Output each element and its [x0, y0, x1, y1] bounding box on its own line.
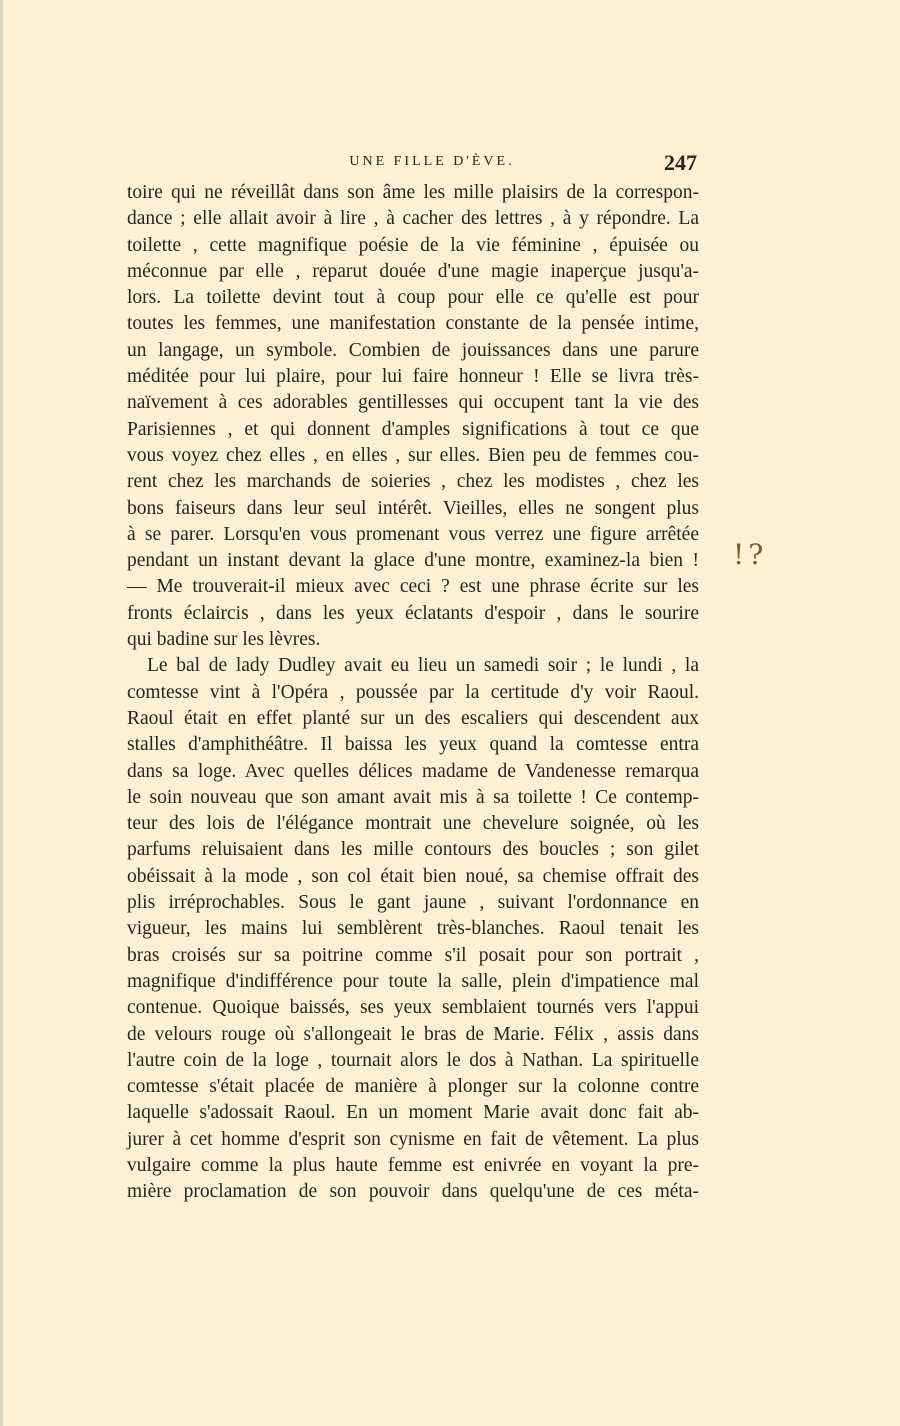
- text-line: à se parer. Lorsqu'en vous promenant vou…: [127, 522, 699, 548]
- paragraph-1: toire qui ne réveillât dans son âme les …: [127, 180, 699, 653]
- text-line: comtesse vint à l'Opéra , poussée par la…: [127, 680, 699, 706]
- text-line: contenue. Quoique baissés, ses yeux semb…: [127, 995, 699, 1021]
- text-line: Raoul était en effet planté sur un des e…: [127, 706, 699, 732]
- text-line: toire qui ne réveillât dans son âme les …: [127, 180, 699, 206]
- text-line: rent chez les marchands de soieries , ch…: [127, 469, 699, 495]
- text-line: bras croisés sur sa poitrine comme s'il …: [127, 943, 699, 969]
- text-line: toilette , cette magnifique poésie de la…: [127, 233, 699, 259]
- text-line: naïvement à ces adorables gentillesses q…: [127, 390, 699, 416]
- text-line: vous voyez chez elles , en elles , sur e…: [127, 443, 699, 469]
- text-line: Le bal de lady Dudley avait eu lieu un s…: [127, 653, 699, 679]
- text-line: lors. La toilette devint tout à coup pou…: [127, 285, 699, 311]
- text-line: parfums reluisaient dans les mille conto…: [127, 837, 699, 863]
- handwritten-margin-annotation: !?: [733, 538, 767, 571]
- text-line: laquelle s'adossait Raoul. En un moment …: [127, 1100, 699, 1126]
- text-line: vulgaire comme la plus haute femme est e…: [127, 1153, 699, 1179]
- text-line: pendant un instant devant la glace d'une…: [127, 548, 699, 574]
- text-line: bons faiseurs dans leur seul intérêt. Vi…: [127, 496, 699, 522]
- paragraph-2: Le bal de lady Dudley avait eu lieu un s…: [127, 653, 699, 1205]
- text-line: Parisiennes , et qui donnent d'amples si…: [127, 417, 699, 443]
- text-line: vigueur, les mains lui semblèrent très-b…: [127, 916, 699, 942]
- text-line: — Me trouverait-il mieux avec ceci ? est…: [127, 574, 699, 600]
- text-line: plis irréprochables. Sous le gant jaune …: [127, 890, 699, 916]
- page-number: 247: [664, 150, 697, 176]
- text-line: comtesse s'était placée de manière à plo…: [127, 1074, 699, 1100]
- page-edge: [0, 0, 3, 1426]
- text-line: un langage, un symbole. Combien de jouis…: [127, 338, 699, 364]
- text-line: qui badine sur les lèvres.: [127, 627, 699, 653]
- text-line: mière proclamation de son pouvoir dans q…: [127, 1179, 699, 1205]
- text-line: magnifique d'indifférence pour toute la …: [127, 969, 699, 995]
- text-line: dance ; elle allait avoir à lire , à cac…: [127, 206, 699, 232]
- page-header: UNE FILLE D'ÈVE. 247: [127, 150, 697, 176]
- running-title: UNE FILLE D'ÈVE.: [127, 154, 697, 170]
- text-line: teur des lois de l'élégance montrait une…: [127, 811, 699, 837]
- text-line: de velours rouge où s'allongeait le bras…: [127, 1022, 699, 1048]
- text-line: toutes les femmes, une manifestation con…: [127, 311, 699, 337]
- text-line: méconnue par elle , reparut douée d'une …: [127, 259, 699, 285]
- text-line: dans sa loge. Avec quelles délices madam…: [127, 759, 699, 785]
- text-line: l'autre coin de la loge , tournait alors…: [127, 1048, 699, 1074]
- text-line: jurer à cet homme d'esprit son cynisme e…: [127, 1127, 699, 1153]
- body-text: toire qui ne réveillât dans son âme les …: [127, 180, 699, 1206]
- text-line: méditée pour lui plaire, pour lui faire …: [127, 364, 699, 390]
- text-line: obéissait à la mode , son col était bien…: [127, 864, 699, 890]
- text-line: le soin nouveau que son amant avait mis …: [127, 785, 699, 811]
- text-line: fronts éclaircis , dans les yeux éclatan…: [127, 601, 699, 627]
- text-line: stalles d'amphithéâtre. Il baissa les ye…: [127, 732, 699, 758]
